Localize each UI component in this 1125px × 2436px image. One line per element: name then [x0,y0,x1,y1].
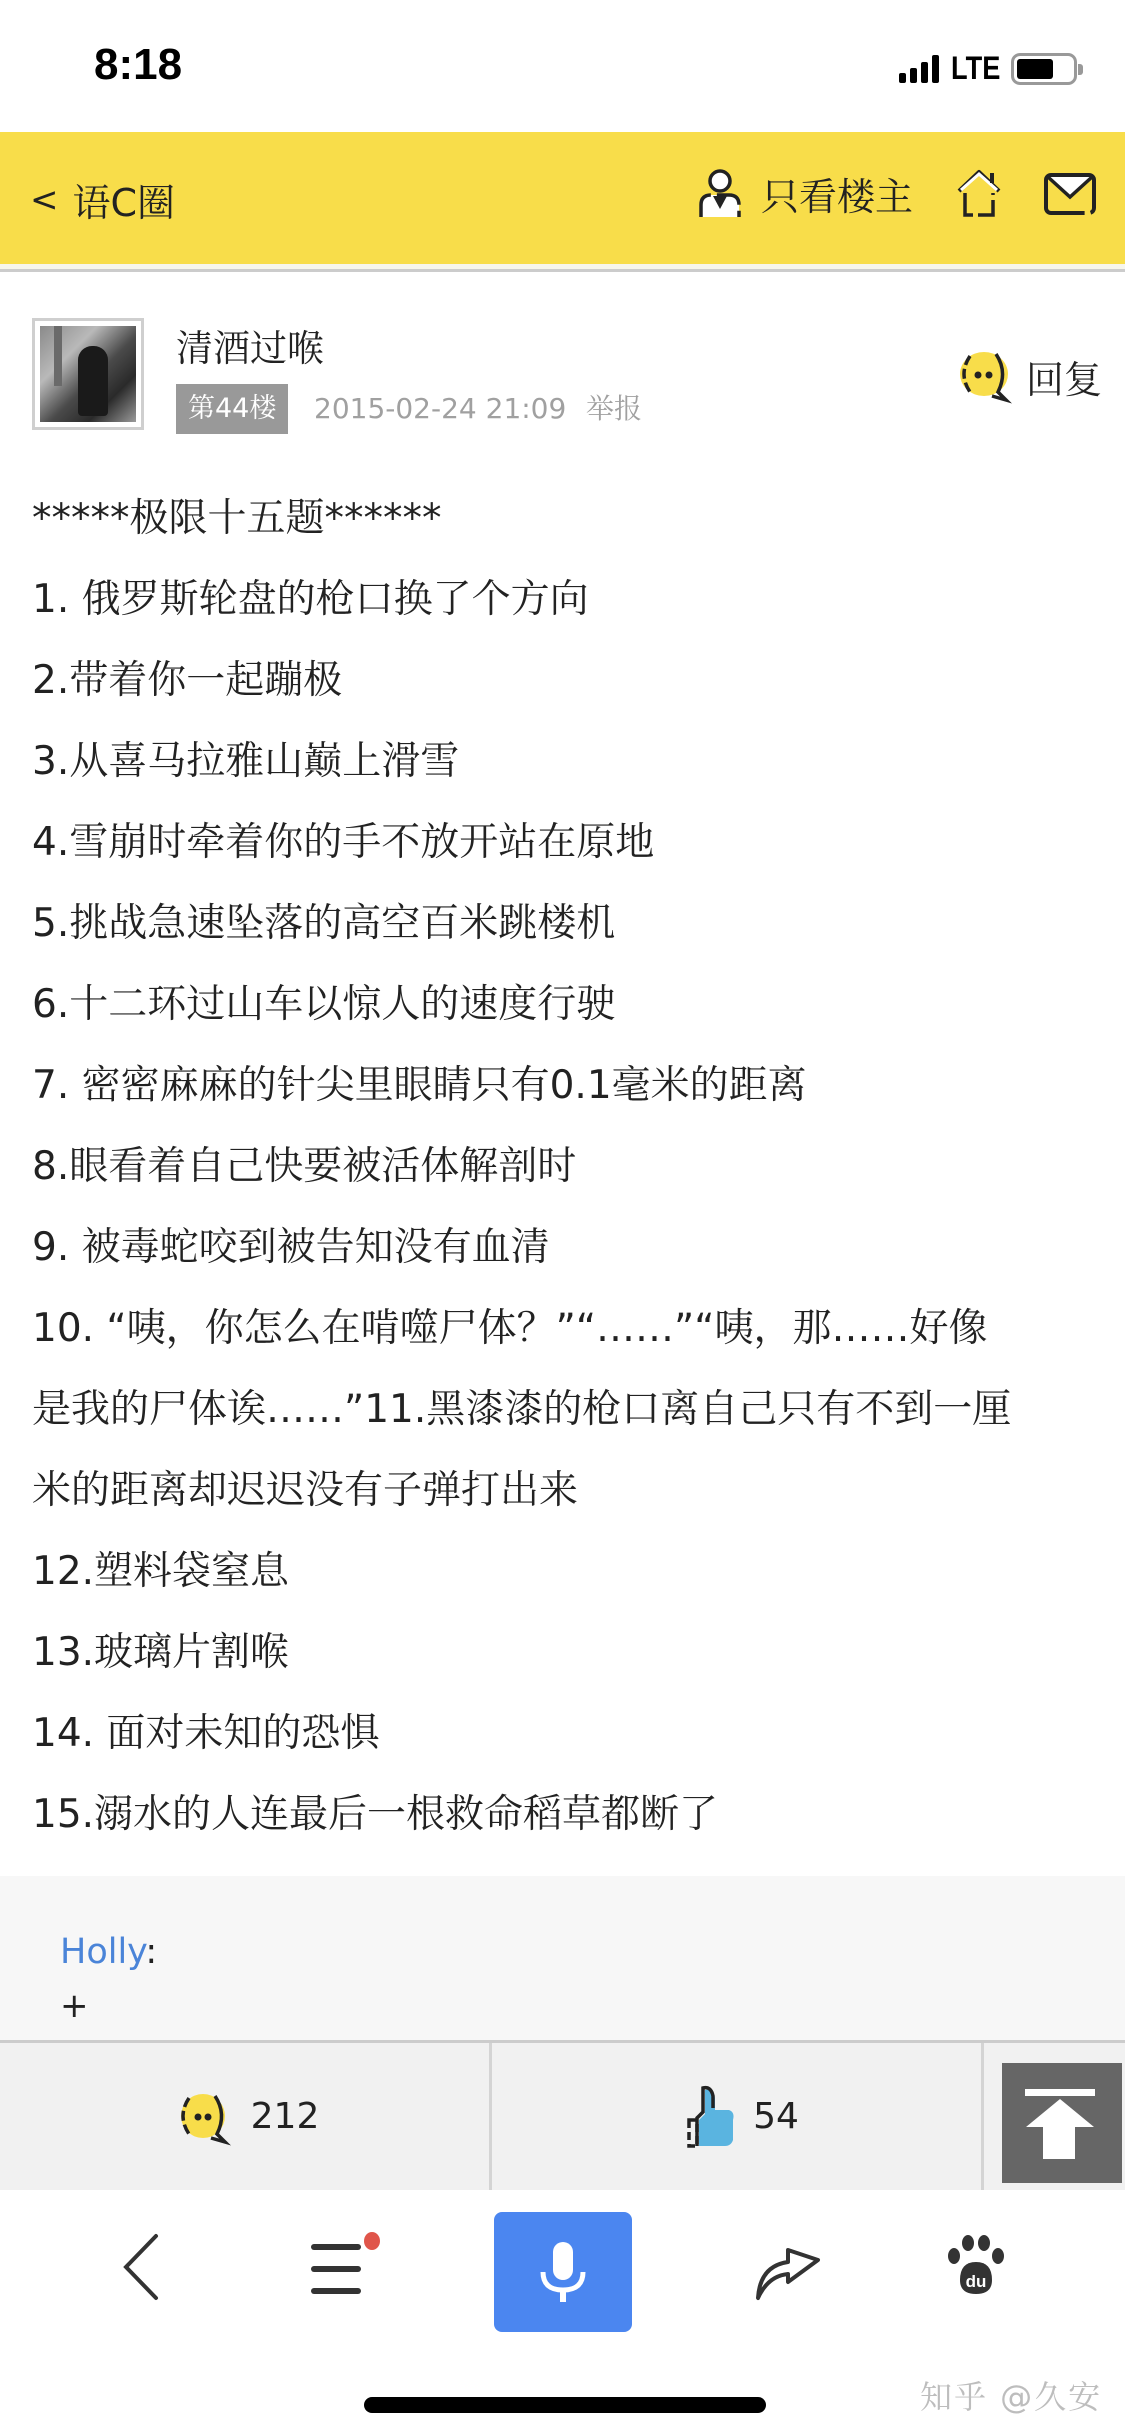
reply-button[interactable]: 回复 [950,346,1102,406]
report-link[interactable]: 举报 [586,384,642,434]
post-line: 7. 密密麻麻的针尖里眼睛只有0.1毫米的距离 [32,1045,1102,1126]
post-line: 6.十二环过山车以惊人的速度行驶 [32,964,1102,1045]
post-line: 10. “咦，你怎么在啃噬尸体？”“……”“咦，那……好像 [32,1288,1102,1369]
network-type: LTE [951,50,1000,87]
back-icon[interactable] [120,2232,160,2302]
post-line: 米的距离却迟迟没有子弹打出来 [32,1450,1102,1531]
sub-reply-area: Holly: + [0,1876,1125,2042]
back-button[interactable]: < 语C圈 [30,172,175,227]
chevron-left-icon: < [30,180,59,220]
post-line: 13.玻璃片割喉 [32,1612,1102,1693]
forum-title: 语C圈 [73,172,176,227]
post-content: *****极限十五题****** 1. 俄罗斯轮盘的枪口换了个方向 2.带着你一… [32,478,1102,1855]
post-line: 3.从喜马拉雅山巅上滑雪 [32,721,1102,802]
sub-reply-author[interactable]: Holly: [60,1932,157,1972]
post-author[interactable]: 清酒过喉 [176,318,324,372]
post-line: 15.溺水的人连最后一根救命稻草都断了 [32,1774,1102,1855]
header-actions: 只看楼主 [697,166,1097,221]
floor-badge: 第44楼 [176,384,288,434]
arrow-to-top-icon [1002,2063,1122,2183]
svg-text:du: du [966,2272,987,2291]
post-line: 是我的尸体诶……”11.黑漆漆的枪口离自己只有不到一厘 [32,1369,1102,1450]
battery-icon [1011,53,1077,85]
reply-label: 回复 [1026,349,1102,404]
only-op-button[interactable]: 只看楼主 [697,166,913,221]
post-line: 9. 被毒蛇咬到被告知没有血清 [32,1207,1102,1288]
post-action-bar: 212 54 [0,2043,1125,2190]
person-icon [697,167,743,221]
comment-bubble-icon [171,2088,237,2146]
thumbs-up-icon [675,2084,739,2150]
watermark: 知乎 @久安 [920,2372,1102,2418]
like-button[interactable]: 54 [492,2043,982,2190]
post-header: 清酒过喉 第44楼 2015-02-24 21:09 举报 回复 [32,318,1102,436]
top-nav-bar: < 语C圈 只看楼主 [0,132,1125,264]
header-divider-line [0,269,1125,272]
post-line: 8.眼看着自己快要被活体解剖时 [32,1126,1102,1207]
menu-icon[interactable] [306,2240,366,2296]
notification-dot [364,2232,380,2250]
voice-search-button[interactable] [494,2212,632,2332]
expand-more-button[interactable]: + [60,1986,89,2026]
scroll-to-top-button[interactable] [1002,2063,1122,2183]
status-bar: 8:18 LTE [0,0,1125,132]
share-icon[interactable] [754,2236,824,2302]
comment-count: 212 [251,2096,320,2137]
status-time: 8:18 [94,40,182,90]
signal-icon [899,55,939,83]
post-line: 2.带着你一起蹦极 [32,640,1102,721]
comment-button[interactable]: 212 [0,2043,490,2190]
sub-reply-username[interactable]: Holly [60,1932,145,1972]
post-line: 12.塑料袋窒息 [32,1531,1102,1612]
comment-bubble-icon [950,346,1020,406]
home-indicator [364,2397,766,2413]
like-count: 54 [753,2096,799,2137]
avatar-image [40,326,136,422]
post-timestamp: 2015-02-24 21:09 [314,384,566,434]
action-divider [981,2043,984,2190]
post-line: 5.挑战急速坠落的高空百米跳楼机 [32,883,1102,964]
post-line: 4.雪崩时牵着你的手不放开站在原地 [32,802,1102,883]
home-icon[interactable] [955,167,1003,221]
status-indicators: LTE [899,50,1077,87]
only-op-label: 只看楼主 [761,166,913,221]
post-line: 14. 面对未知的恐惧 [32,1693,1102,1774]
post-line: *****极限十五题****** [32,478,1102,559]
browser-toolbar: du [0,2190,1125,2340]
post-line: 1. 俄罗斯轮盘的枪口换了个方向 [32,559,1102,640]
microphone-icon [538,2242,588,2302]
avatar[interactable] [32,318,144,430]
mail-icon[interactable] [1043,172,1097,216]
baidu-paw-icon[interactable]: du [946,2234,1006,2298]
